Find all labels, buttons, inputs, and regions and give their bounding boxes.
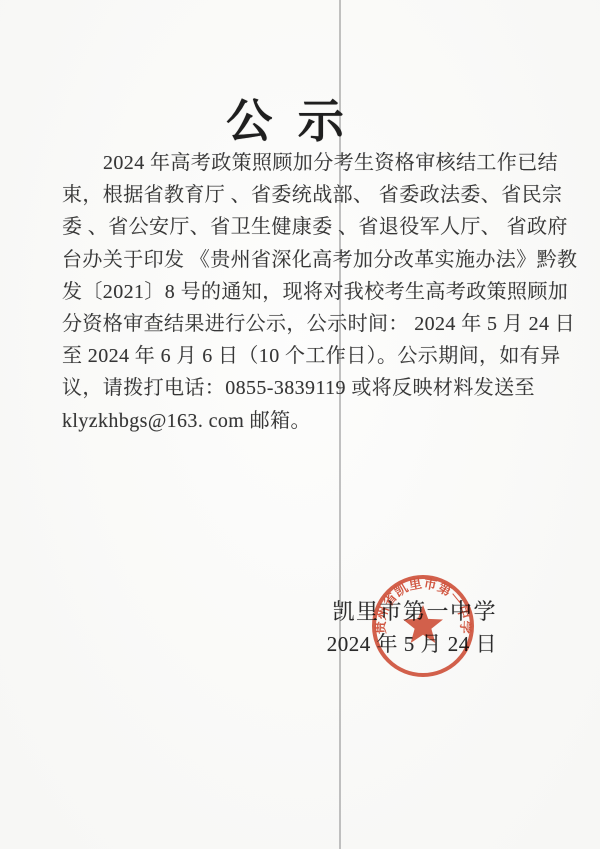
- body-line-7: 至 2024 年 6 月 6 日（10 个工作日）。公示期间，如有异: [62, 340, 548, 372]
- body-line-5: 发〔2021〕8 号的通知，现将对我校考生高考政策照顾加: [62, 276, 548, 308]
- body-line-3: 委 、省公安厅、省卫生健康委 、省退役军人厅、 省政府: [62, 211, 548, 243]
- body-line-4: 台办关于印发 《贵州省深化高考加分改革实施办法》黔教: [62, 244, 548, 276]
- notice-title: 公 示: [0, 96, 570, 146]
- notice-body: 2024 年高考政策照顾加分考生资格审核结工作已结 束，根据省教育厅 、省委统战…: [62, 147, 548, 437]
- body-line-9: klyzkhbgs@163. com 邮箱。: [62, 405, 548, 437]
- body-line-1: 2024 年高考政策照顾加分考生资格审核结工作已结: [62, 147, 548, 179]
- scanned-notice-page: { "page": { "paper_color": "#fafaf8", "s…: [0, 0, 600, 849]
- star-icon: [403, 605, 443, 643]
- body-line-2: 束，根据省教育厅 、省委统战部、 省委政法委、省民宗: [62, 179, 548, 211]
- official-seal: 贵州省凯里市第一中学: [369, 572, 477, 680]
- body-line-6: 分资格审查结果进行公示，公示时间： 2024 年 5 月 24 日: [62, 308, 548, 340]
- body-line-8: 议，请拨打电话：0855-3839119 或将反映材料发送至: [62, 372, 548, 404]
